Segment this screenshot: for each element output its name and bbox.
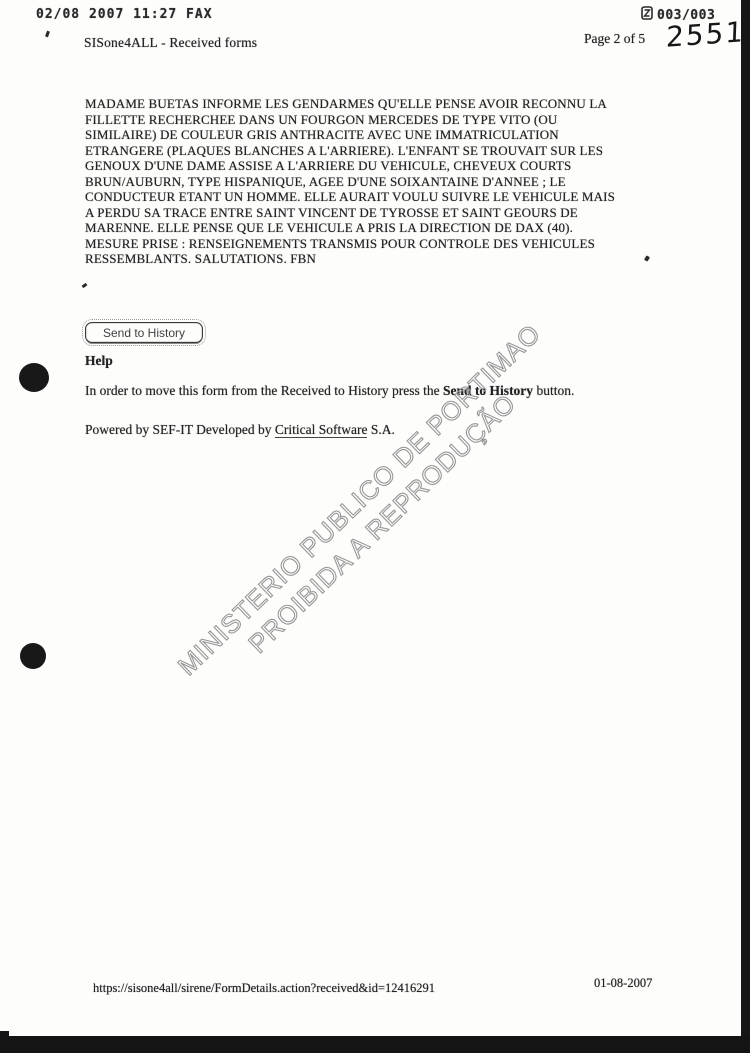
handwritten-number: 2551	[666, 15, 746, 54]
footer-url: https://sisone4all/sirene/FormDetails.ac…	[93, 981, 435, 996]
body-line: ETRANGERE (PLAQUES BLANCHES A L'ARRIERE)…	[85, 143, 655, 159]
powered-by-line: Powered by SEF-IT Developed by Critical …	[85, 422, 645, 438]
watermark-line-1: MINISTERIO PUBLICO DE PORTIMAO	[165, 311, 555, 689]
instruction-prefix: In order to move this form from the Rece…	[85, 383, 443, 398]
scan-edge-right	[741, 0, 750, 1053]
footer-date: 01-08-2007	[594, 976, 652, 991]
reproduction-watermark: MINISTERIO PUBLICO DE PORTIMAO PROIBIDA …	[165, 311, 582, 717]
fax-timestamp: 02/08 2007 11:27 FAX	[36, 7, 213, 22]
scanned-fax-page: 02/08 2007 11:27 FAX 003/003 SISone4ALL …	[0, 0, 750, 1053]
body-line: A PERDU SA TRACE ENTRE SAINT VINCENT DE …	[85, 205, 655, 221]
help-heading: Help	[85, 353, 113, 369]
critical-software-link[interactable]: Critical Software	[275, 422, 368, 438]
send-to-history-label: Send to History	[103, 326, 185, 340]
app-title: SISone4ALL - Received forms	[84, 35, 257, 51]
scan-artifact	[45, 31, 50, 38]
body-line: MARENNE. ELLE PENSE QUE LE VEHICULE A PR…	[85, 220, 655, 236]
powered-prefix: Powered by SEF-IT Developed by	[85, 422, 275, 437]
message-body: MADAME BUETAS INFORME LES GENDARMES QU'E…	[85, 96, 655, 267]
page-indicator: Page 2 of 5	[584, 31, 645, 47]
instruction-suffix: button.	[533, 383, 574, 398]
punch-hole-mark-bottom	[20, 643, 46, 669]
body-line: RESSEMBLANTS. SALUTATIONS. FBN	[85, 251, 655, 267]
send-to-history-button[interactable]: Send to History	[85, 322, 203, 343]
body-line: SIMILAIRE) DE COULEUR GRIS ANTHRACITE AV…	[85, 127, 655, 143]
body-line: MESURE PRISE : RENSEIGNEMENTS TRANSMIS P…	[85, 236, 655, 252]
fax-page-icon	[641, 6, 653, 24]
body-line: FILLETTE RECHERCHEE DANS UN FOURGON MERC…	[85, 112, 655, 128]
punch-hole-mark-top	[19, 363, 49, 392]
body-line: MADAME BUETAS INFORME LES GENDARMES QU'E…	[85, 96, 655, 112]
instruction-bold: Send to History	[443, 383, 533, 398]
scan-edge-bottom	[0, 1036, 750, 1053]
powered-suffix: S.A.	[367, 422, 394, 437]
help-instruction: In order to move this form from the Rece…	[85, 383, 645, 399]
body-line: CONDUCTEUR ETANT UN HOMME. ELLE AURAIT V…	[85, 189, 655, 205]
body-line: BRUN/AUBURN, TYPE HISPANIQUE, AGEE D'UNE…	[85, 174, 655, 190]
scan-artifact	[82, 283, 88, 288]
body-line: GENOUX D'UNE DAME ASSISE A L'ARRIERE DU …	[85, 158, 655, 174]
